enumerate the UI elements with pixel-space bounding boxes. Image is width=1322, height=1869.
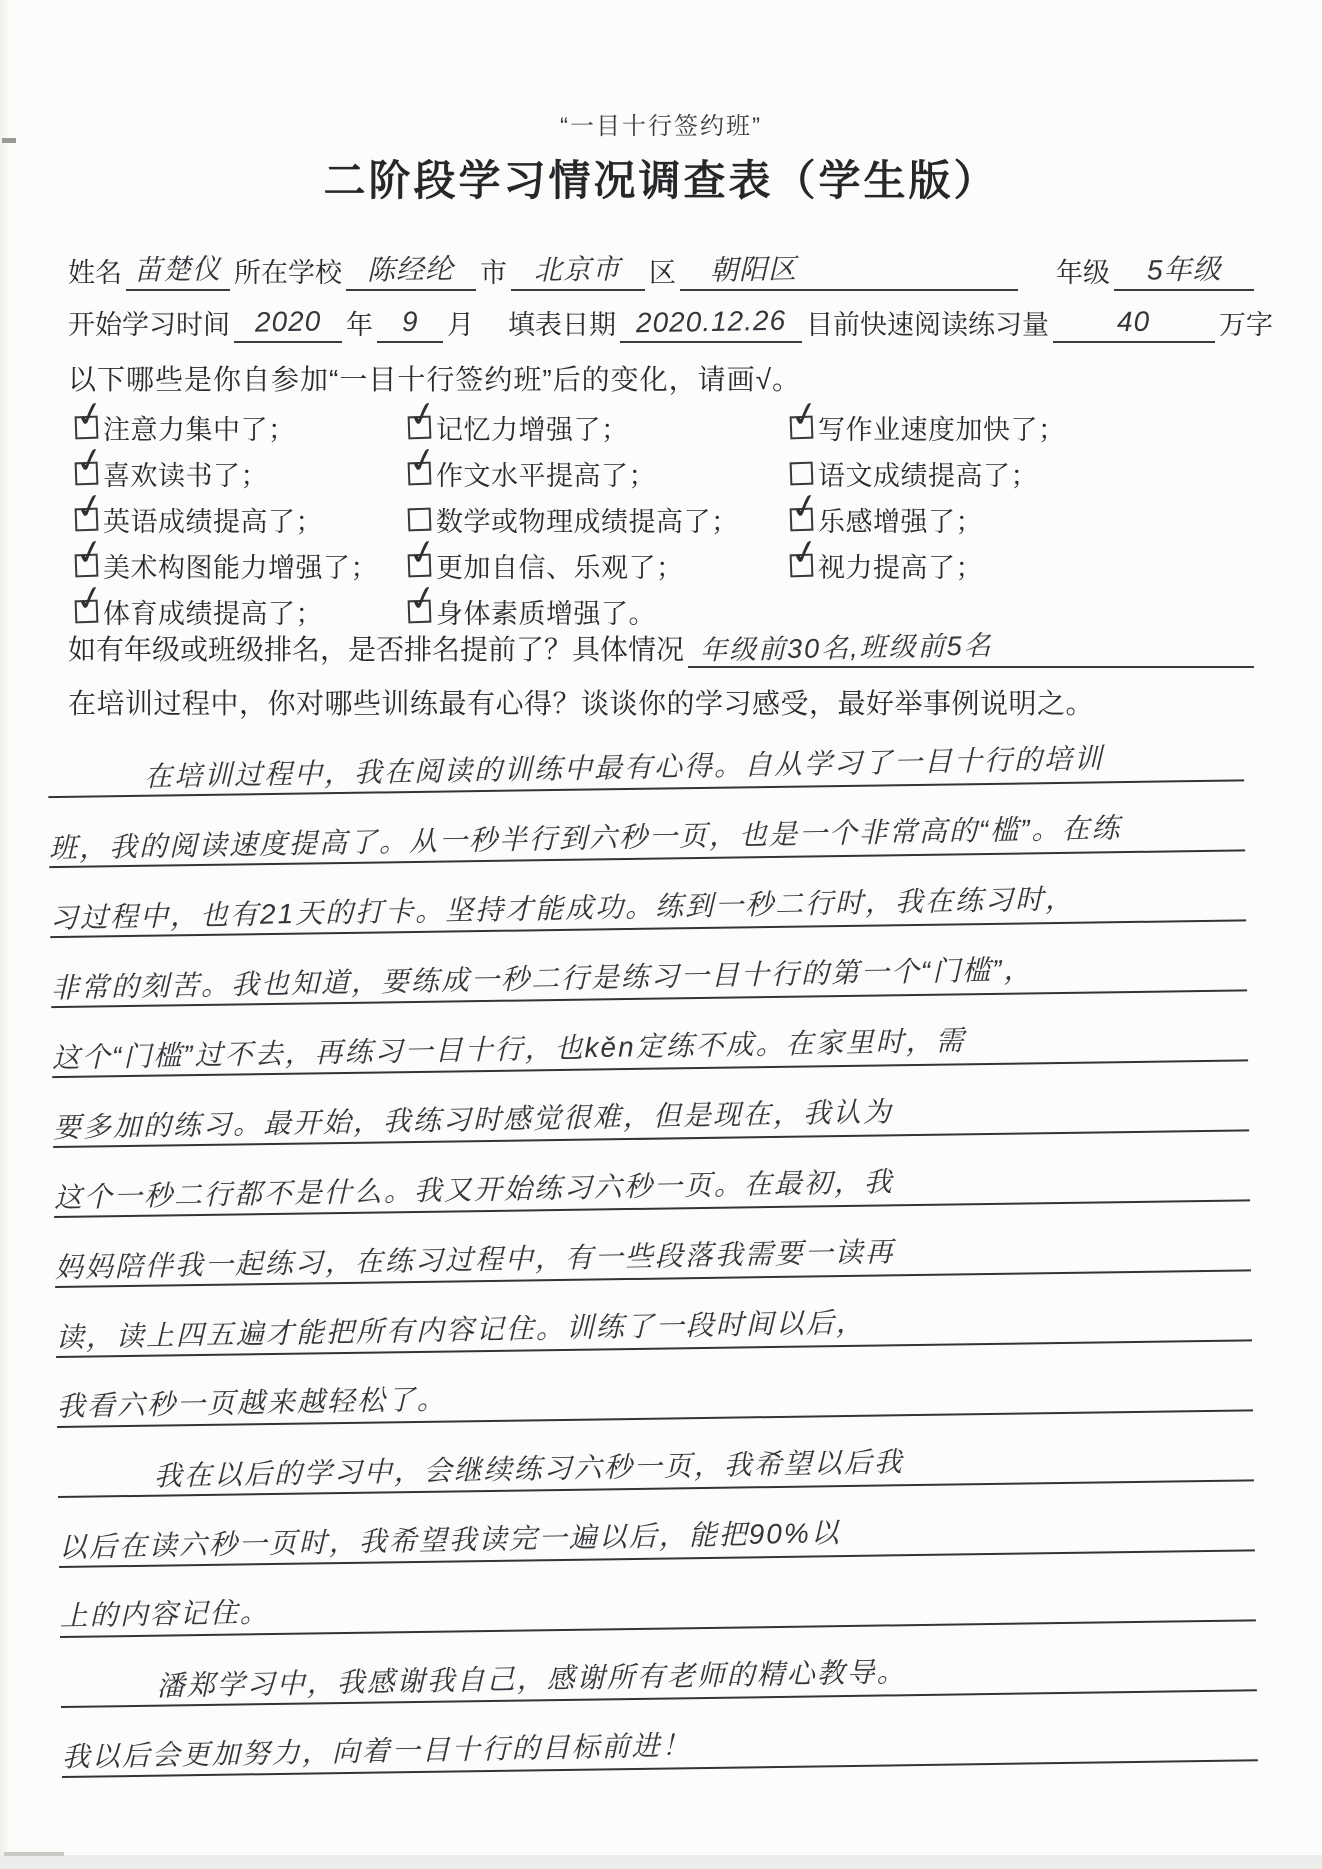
check-mark: ✓ bbox=[72, 395, 107, 434]
ranking-answer-field: 年级前30名,班级前5名 bbox=[688, 626, 1254, 668]
checkbox-grid: ✓注意力集中了；✓喜欢读书了；✓英语成绩提高了；✓美术构图能力增强了；✓体育成绩… bbox=[0, 404, 1322, 640]
checkbox-label: 乐感增强了； bbox=[818, 500, 983, 539]
checked-checkbox: ✓ bbox=[75, 461, 99, 485]
checkbox-label: 喜欢读书了； bbox=[103, 454, 268, 493]
checkbox-label: 记忆力增强了； bbox=[436, 408, 629, 447]
checkbox-label: 注意力集中了； bbox=[103, 408, 296, 447]
checked-checkbox: ✓ bbox=[75, 507, 99, 531]
city-field: 北京市 bbox=[511, 252, 645, 291]
scan-edge-shading bbox=[0, 0, 10, 1869]
city-label: 市 bbox=[480, 255, 507, 291]
checkbox-item: ✓英语成绩提高了； bbox=[75, 496, 378, 542]
checkbox-column: ✓记忆力增强了；✓作文水平提高了；数学或物理成绩提高了；✓更加自信、乐观了；✓身… bbox=[408, 404, 739, 634]
checkbox-column: ✓写作业速度加快了；语文成绩提高了；✓乐感增强了；✓视力提高了； bbox=[790, 404, 1066, 588]
checkbox-item: ✓乐感增强了； bbox=[790, 496, 1066, 542]
form-line-dates: 开始学习时间 2020 年 9 月 填表日期 2020.12.26 目前快速阅读… bbox=[68, 304, 1258, 343]
scan-edge-shading-bottom bbox=[0, 1855, 1322, 1869]
school-field: 陈经纶 bbox=[346, 252, 476, 291]
checkbox-label: 更加自信、乐观了； bbox=[436, 546, 684, 585]
checkbox-label: 作文水平提高了； bbox=[436, 454, 656, 493]
fill-date-label: 填表日期 bbox=[508, 307, 616, 343]
start-time-label: 开始学习时间 bbox=[68, 307, 230, 343]
name-field: 苗楚仪 bbox=[126, 252, 230, 291]
grade-field: 5年级 bbox=[1114, 252, 1254, 291]
checkbox-label: 英语成绩提高了； bbox=[103, 500, 323, 539]
checkbox-item: ✓写作业速度加快了； bbox=[790, 404, 1066, 450]
reading-volume-field: 40 bbox=[1053, 304, 1215, 343]
ranking-question-line: 如有年级或班级排名，是否排名提前了？具体情况 年级前30名,班级前5名 bbox=[68, 626, 1258, 668]
checkbox-label: 身体素质增强了。 bbox=[436, 592, 656, 631]
fill-date-field: 2020.12.26 bbox=[620, 304, 802, 343]
fill-date-value: 2020.12.26 bbox=[636, 303, 787, 342]
program-name-quote: “一目十行签约班” bbox=[0, 106, 1322, 141]
start-month-value: 9 bbox=[401, 304, 418, 340]
month-unit-label: 月 bbox=[447, 307, 474, 343]
checked-checkbox: ✓ bbox=[408, 553, 432, 577]
checked-checkbox: ✓ bbox=[408, 599, 432, 623]
page-title: 二阶段学习情况调查表（学生版） bbox=[0, 148, 1322, 208]
checked-checkbox: ✓ bbox=[790, 553, 814, 577]
checked-checkbox: ✓ bbox=[790, 507, 814, 531]
unchecked-checkbox bbox=[790, 461, 814, 485]
check-mark: ✓ bbox=[405, 395, 440, 434]
district-value: 朝阳区 bbox=[710, 251, 798, 289]
checked-checkbox: ✓ bbox=[790, 415, 814, 439]
checkbox-item: ✓美术构图能力增强了； bbox=[75, 542, 378, 588]
checked-checkbox: ✓ bbox=[75, 599, 99, 623]
volume-unit-label: 万字 bbox=[1219, 307, 1273, 343]
checked-checkbox: ✓ bbox=[408, 415, 432, 439]
ranking-answer-value: 年级前30名,班级前5名 bbox=[700, 623, 993, 667]
reading-volume-value: 40 bbox=[1117, 304, 1151, 341]
handwritten-text: 我看六秒一页越来越轻松了。 bbox=[56, 1380, 447, 1427]
year-unit-label: 年 bbox=[346, 307, 373, 343]
handwritten-text: 上的内容记住。 bbox=[59, 1593, 270, 1637]
checked-checkbox: ✓ bbox=[75, 415, 99, 439]
checkbox-item: ✓注意力集中了； bbox=[75, 404, 378, 450]
checkbox-column: ✓注意力集中了；✓喜欢读书了；✓英语成绩提高了；✓美术构图能力增强了；✓体育成绩… bbox=[75, 404, 378, 634]
checkbox-item: ✓记忆力增强了； bbox=[408, 404, 739, 450]
form-line-identity: 姓名 苗楚仪 所在学校 陈经纶 市 北京市 区 朝阳区 年级 5年级 bbox=[68, 252, 1258, 291]
checkbox-label: 数学或物理成绩提高了； bbox=[436, 500, 739, 539]
scan-artifact bbox=[4, 1852, 64, 1856]
checked-checkbox: ✓ bbox=[75, 553, 99, 577]
district-label: 区 bbox=[649, 255, 676, 291]
checkbox-item: 语文成绩提高了； bbox=[790, 450, 1066, 496]
unchecked-checkbox bbox=[408, 507, 432, 531]
checkbox-item: ✓作文水平提高了； bbox=[408, 450, 739, 496]
reading-volume-label: 目前快速阅读练习量 bbox=[806, 307, 1049, 343]
checkbox-label: 美术构图能力增强了； bbox=[103, 546, 378, 585]
check-mark: ✓ bbox=[787, 395, 822, 434]
handwritten-essay: 在培训过程中，我在阅读的训练中最有心得。自从学习了一目十行的培训班，我的阅读速度… bbox=[47, 711, 1258, 1778]
grade-label: 年级 bbox=[1056, 255, 1110, 291]
checkbox-label: 语文成绩提高了； bbox=[818, 454, 1038, 493]
checkbox-item: ✓视力提高了； bbox=[790, 542, 1066, 588]
district-field: 朝阳区 bbox=[680, 252, 1018, 291]
checkbox-instruction: 以下哪些是你自参加“一目十行签约班”后的变化，请画√。 bbox=[68, 358, 1258, 398]
school-label: 所在学校 bbox=[234, 255, 342, 291]
ranking-question: 如有年级或班级排名，是否排名提前了？具体情况 bbox=[68, 628, 684, 668]
checkbox-label: 体育成绩提高了； bbox=[103, 592, 323, 631]
name-value: 苗楚仪 bbox=[134, 251, 222, 289]
checkbox-item: ✓更加自信、乐观了； bbox=[408, 542, 739, 588]
city-value: 北京市 bbox=[534, 251, 622, 289]
checkbox-item: 数学或物理成绩提高了； bbox=[408, 496, 739, 542]
checkbox-label: 视力提高了； bbox=[818, 546, 983, 585]
start-month-field: 9 bbox=[377, 304, 443, 343]
school-value: 陈经纶 bbox=[367, 251, 455, 289]
name-label: 姓名 bbox=[68, 255, 122, 291]
handwritten-text: 我以后会更加努力，向着一目十行的目标前进！ bbox=[61, 1726, 692, 1778]
checked-checkbox: ✓ bbox=[408, 461, 432, 485]
scanned-survey-page: “一目十行签约班” 二阶段学习情况调查表（学生版） 姓名 苗楚仪 所在学校 陈经… bbox=[0, 0, 1322, 1869]
grade-value: 5年级 bbox=[1146, 251, 1221, 288]
start-year-value: 2020 bbox=[255, 303, 322, 340]
start-year-field: 2020 bbox=[234, 304, 342, 343]
checkbox-label: 写作业速度加快了； bbox=[818, 408, 1066, 447]
checkbox-item: ✓喜欢读书了； bbox=[75, 450, 378, 496]
